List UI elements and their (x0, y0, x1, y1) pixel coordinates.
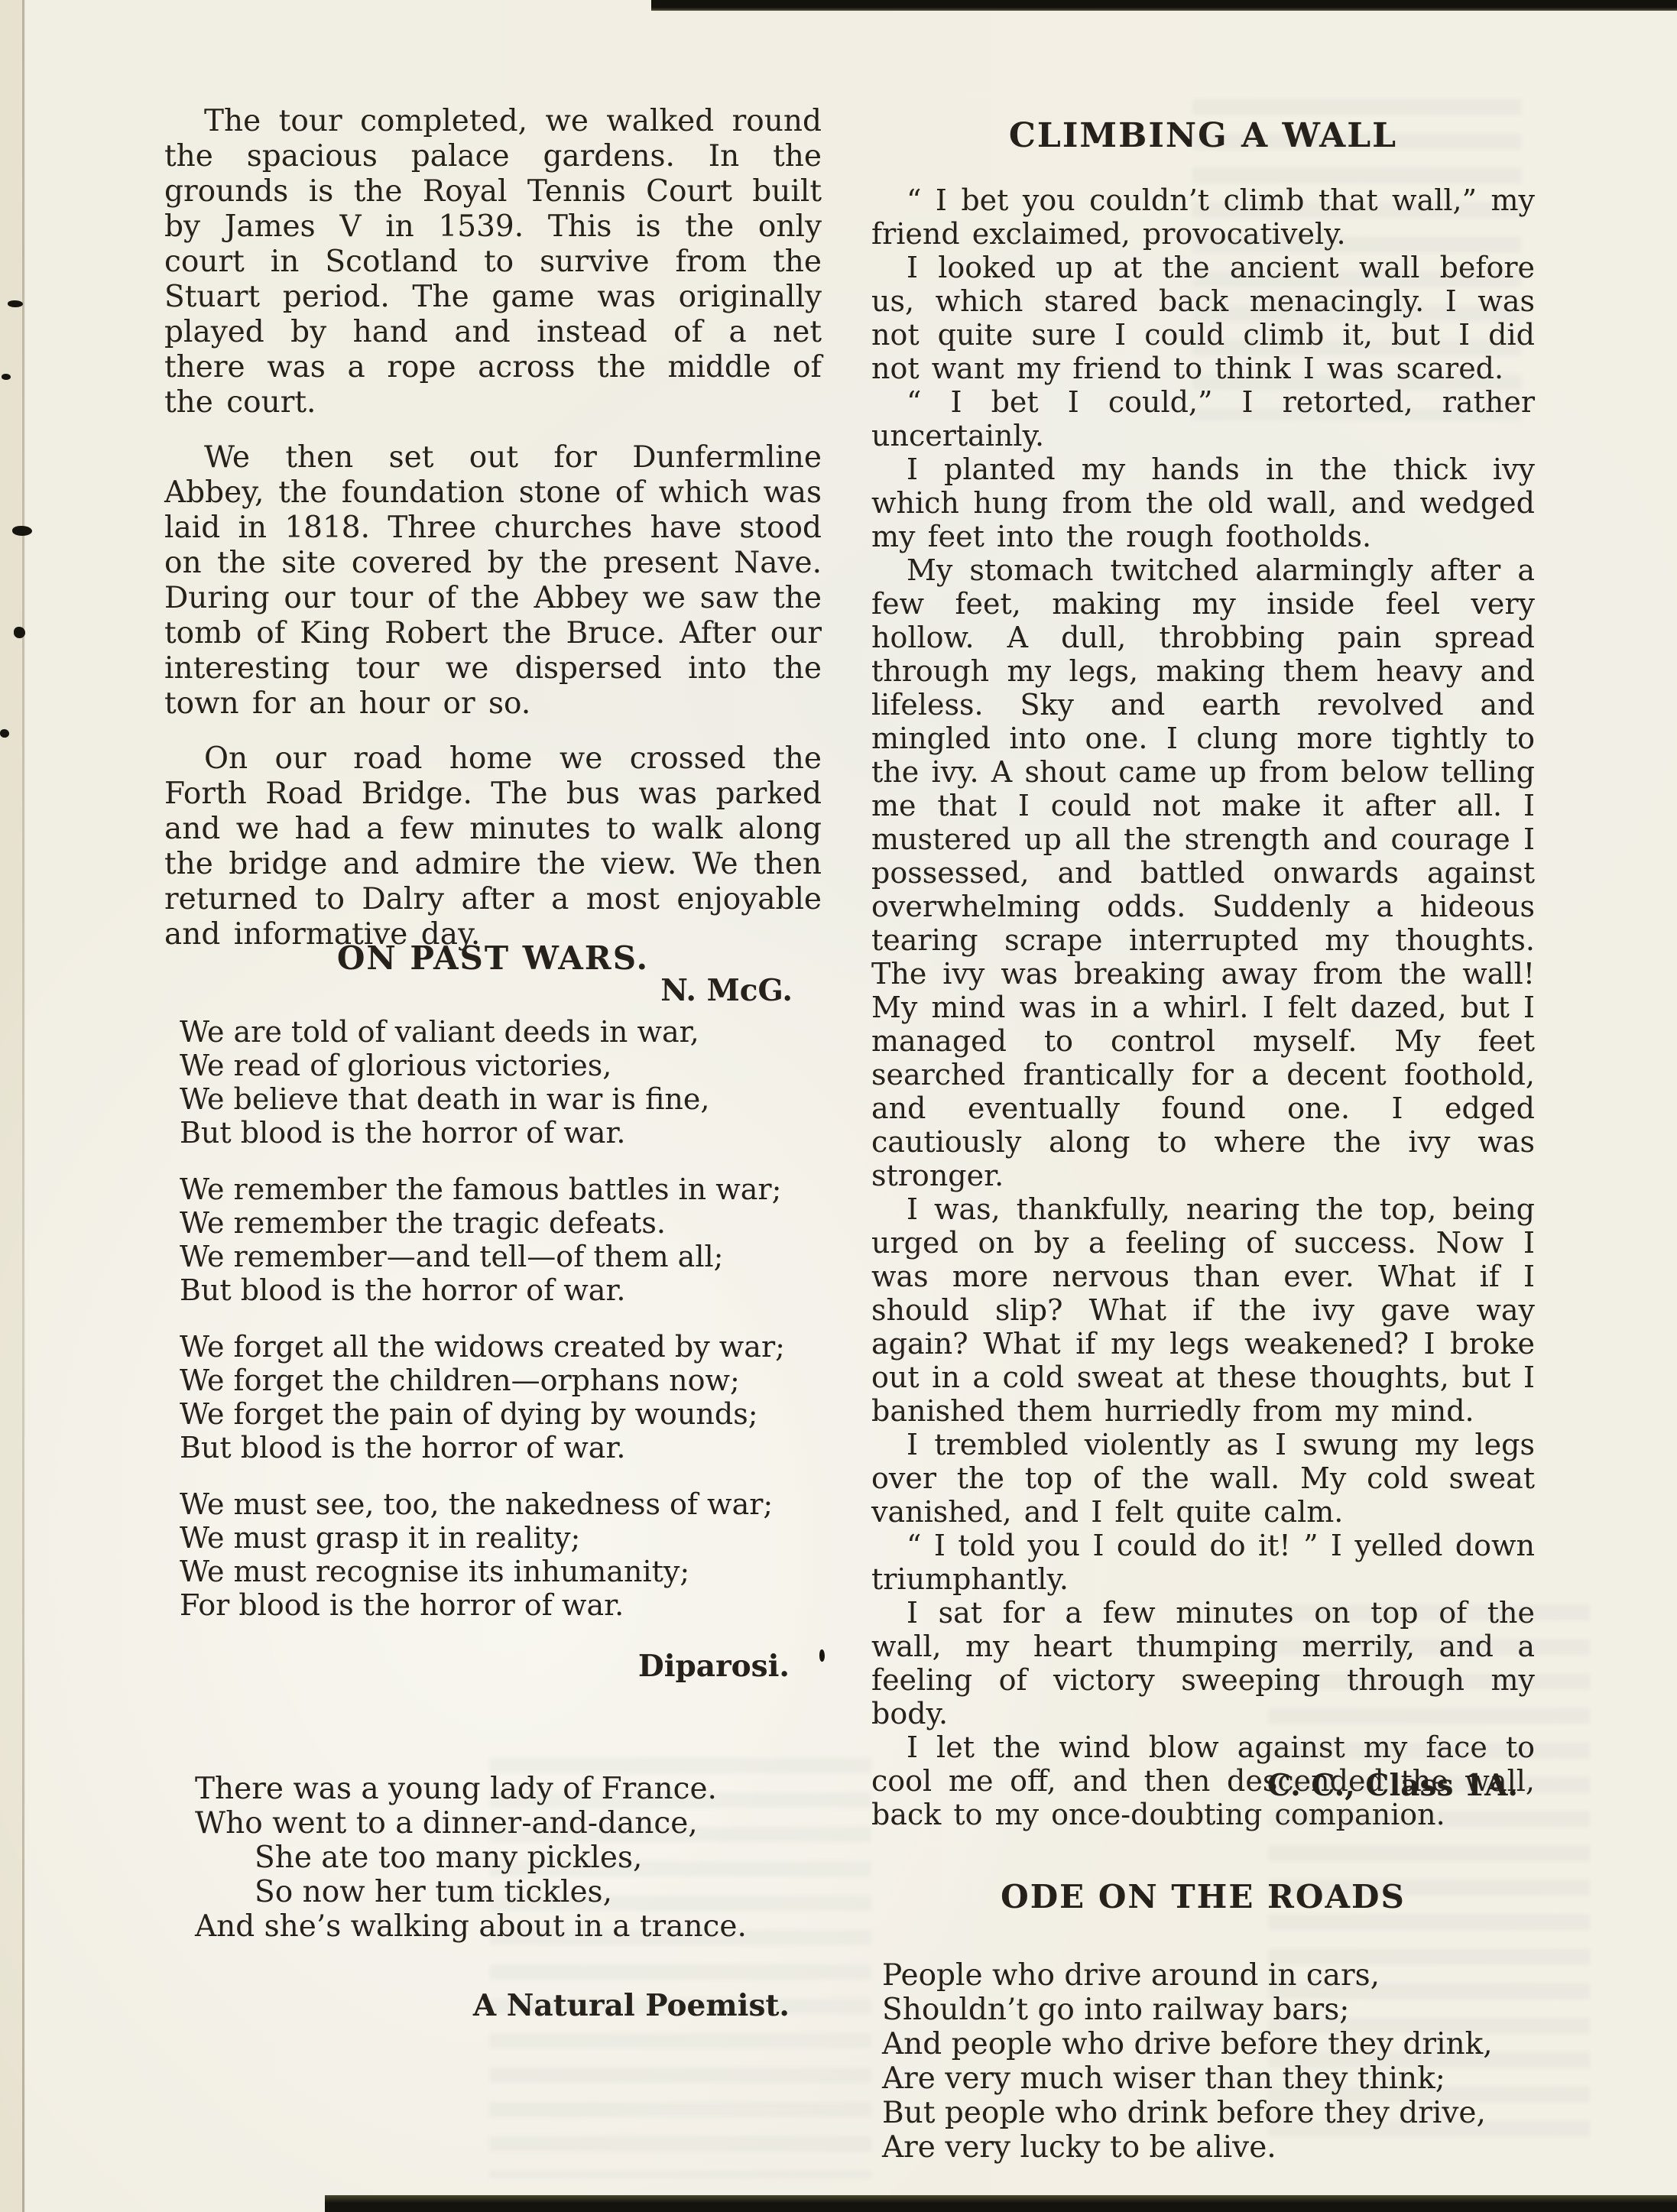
magazine-page-scan: The tour completed, we walked round the … (0, 0, 1677, 2212)
poem-stanza: We are told of valiant deeds in war, We … (180, 1015, 785, 1150)
limerick-line: Who went to a dinner-and-dance, (195, 1806, 747, 1841)
ink-speck (12, 526, 32, 536)
poem-line: We must grasp it in reality; (180, 1521, 785, 1555)
tour-article: The tour completed, we walked round the … (164, 104, 822, 1009)
story-paragraph: My stomach twitched alarmingly after a f… (871, 553, 1535, 1192)
ode-line: But people who drink before they drive, (882, 2096, 1493, 2130)
poem-on-past-wars: We are told of valiant deeds in war, We … (180, 1015, 785, 1645)
ink-speck (0, 729, 9, 738)
poem-line: We remember—and tell—of them all; (180, 1240, 785, 1273)
climbing-story: “ I bet you couldn’t climb that wall,” m… (871, 183, 1535, 1831)
article-paragraph: The tour completed, we walked round the … (164, 104, 822, 420)
poem-line: But blood is the horror of war. (180, 1273, 785, 1307)
ode-line: And people who drive before they drink, (882, 2027, 1493, 2061)
poem-line: We are told of valiant deeds in war, (180, 1015, 785, 1049)
story-title: CLIMBING A WALL (871, 113, 1535, 159)
poem-line: We must recognise its inhumanity; (180, 1555, 785, 1588)
article-paragraph: On our road home we crossed the Forth Ro… (164, 741, 822, 952)
poem-stanza: We remember the famous battles in war; W… (180, 1172, 785, 1307)
poem-signature: Diparosi. (164, 1648, 822, 1685)
story-paragraph: “ I told you I could do it! ” I yelled d… (871, 1529, 1535, 1596)
poem-line: We forget the children—orphans now; (180, 1364, 785, 1397)
limerick-line: There was a young lady of France. (195, 1772, 747, 1806)
ode-line: Are very lucky to be alive. (882, 2130, 1493, 2165)
ink-speck (2, 374, 11, 380)
poem-line: But blood is the horror of war. (180, 1431, 785, 1464)
poem-line: But blood is the horror of war. (180, 1116, 785, 1150)
ink-speck (14, 627, 25, 638)
poem-line: We forget the pain of dying by wounds; (180, 1397, 785, 1431)
ink-speck (8, 300, 23, 307)
limerick: There was a young lady of France. Who we… (195, 1772, 747, 1944)
left-column: The tour completed, we walked round the … (164, 0, 822, 2212)
limerick-line: She ate too many pickles, (195, 1841, 747, 1875)
ode-line: Shouldn’t go into railway bars; (882, 1993, 1493, 2027)
ode-line: People who drive around in cars, (882, 1958, 1493, 1993)
story-paragraph: “ I bet you couldn’t climb that wall,” m… (871, 183, 1535, 251)
story-paragraph: I trembled violently as I swung my legs … (871, 1428, 1535, 1529)
article-paragraph: We then set out for Dunfermline Abbey, t… (164, 440, 822, 722)
story-signature: C. C., Class 1A. (871, 1767, 1535, 1804)
limerick-line: And she’s walking about in a trance. (195, 1909, 747, 1944)
page-fold-crease (22, 0, 24, 2212)
poem-line: We forget all the widows created by war; (180, 1330, 785, 1364)
right-column: CLIMBING A WALL “ I bet you couldn’t cli… (871, 0, 1535, 2212)
poem-line: We believe that death in war is fine, (180, 1082, 785, 1116)
story-paragraph: I looked up at the ancient wall before u… (871, 251, 1535, 385)
story-paragraph: I was, thankfully, nearing the top, bein… (871, 1192, 1535, 1428)
poem-stanza: We must see, too, the nakedness of war; … (180, 1487, 785, 1622)
story-paragraph: I sat for a few minutes on top of the wa… (871, 1596, 1535, 1730)
poem-title: ON PAST WARS. (164, 936, 822, 981)
poem-line: We read of glorious victories, (180, 1049, 785, 1082)
story-paragraph: I planted my hands in the thick ivy whic… (871, 452, 1535, 553)
poem-stanza: We forget all the widows created by war;… (180, 1330, 785, 1464)
ode-line: Are very much wiser than they think; (882, 2061, 1493, 2096)
limerick-signature: A Natural Poemist. (164, 1987, 822, 2024)
poem-line: We must see, too, the nakedness of war; (180, 1487, 785, 1521)
limerick-line: So now her tum tickles, (195, 1875, 747, 1909)
story-paragraph: “ I bet I could,” I retorted, rather unc… (871, 385, 1535, 452)
poem-line: We remember the tragic defeats. (180, 1206, 785, 1240)
poem-line: For blood is the horror of war. (180, 1588, 785, 1622)
poem-line: We remember the famous battles in war; (180, 1172, 785, 1206)
ode-title: ODE ON THE ROADS (871, 1874, 1535, 1920)
ode-poem: People who drive around in cars, Shouldn… (882, 1958, 1493, 2165)
